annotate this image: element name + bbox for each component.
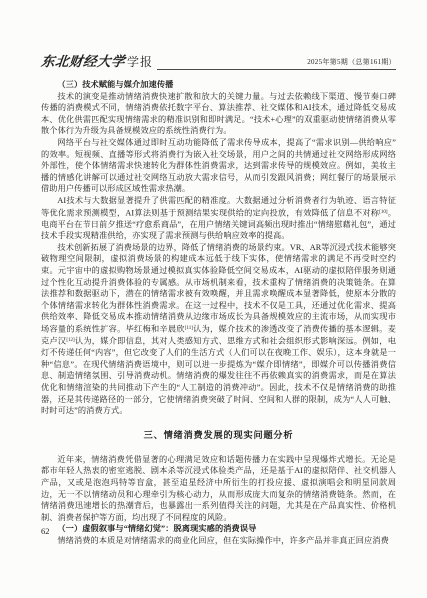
section-heading-3: 三、情绪消费发展的现实问题分析 — [41, 429, 396, 442]
paragraph-text: 技术创新拓展了消费场景的边界，降低了情绪消费的场景约束。VR、AR等沉浸式技术能… — [41, 243, 396, 334]
paragraph-ai-bigdata: AI技术与大数据显著提升了供需匹配的精准度。大数据通过分析消费者行为轨迹、语言特… — [41, 195, 396, 242]
paragraph-tech-innovation: 技术创新拓展了消费场景的边界，降低了情绪消费的场景约束。VR、AR等沉浸式技术能… — [41, 242, 396, 417]
page-number: 62 — [41, 526, 50, 536]
issue-info: 2025年第5期（总第161期） — [307, 57, 396, 67]
citation-marker-11: [11] — [185, 326, 193, 331]
journal-page: 东北财经大学学报 2025年第5期（总第161期） （三）技术赋能与媒介加速传播… — [0, 0, 427, 598]
paragraph-text: AI技术与大数据显著提升了供需匹配的精准度。大数据通过分析消费者行为轨迹、语言特… — [41, 196, 396, 217]
journal-masthead: 东北财经大学学报 — [41, 54, 153, 70]
subsection-heading-3: （三）技术赋能与媒介加速传播 — [41, 79, 396, 91]
paragraph-recent-years: 近年来，情绪消费凭借显著的心理满足效应和话题传播力在实践中呈现爆炸式增长。无论是… — [41, 454, 396, 524]
page-header: 东北财经大学学报 2025年第5期（总第161期） — [41, 54, 396, 70]
article-body: （三）技术赋能与媒介加速传播 技术的演变是推动情绪消费快速扩散和放大的关键力量。… — [41, 79, 396, 546]
paragraph-text: 认为，媒介即信息，其对人类感知方式、思维方式和社会组织形式影响深远。例如，电灯不… — [41, 337, 396, 416]
paragraph-emotion-essence: 情绪消费的本质是对情绪需求的商业化回应，但在实际操作中，许多产品并非真正回应消费 — [41, 535, 396, 547]
paragraph-tech-evolution: 技术的演变是推动情绪消费快速扩散和放大的关键力量。与过去依赖线下渠道、慢节奏口碑… — [41, 91, 396, 137]
subsection-heading-1: （一）虚假叙事与“情绪幻觉”：脱离现实感的消费误导 — [41, 523, 396, 535]
header-rule: 2025年第5期（总第161期） — [157, 57, 396, 70]
masthead-suffix: 学报 — [127, 55, 153, 69]
citation-marker-10: [10] — [379, 210, 387, 215]
paragraph-network-platform: 网络平台与社交媒体通过即时互动功能降低了需求传导成本，提高了“需求识别—供给响应… — [41, 137, 396, 195]
masthead-calligraphy: 东北财经大学 — [40, 54, 126, 70]
citation-marker-12: [12] — [66, 338, 74, 343]
